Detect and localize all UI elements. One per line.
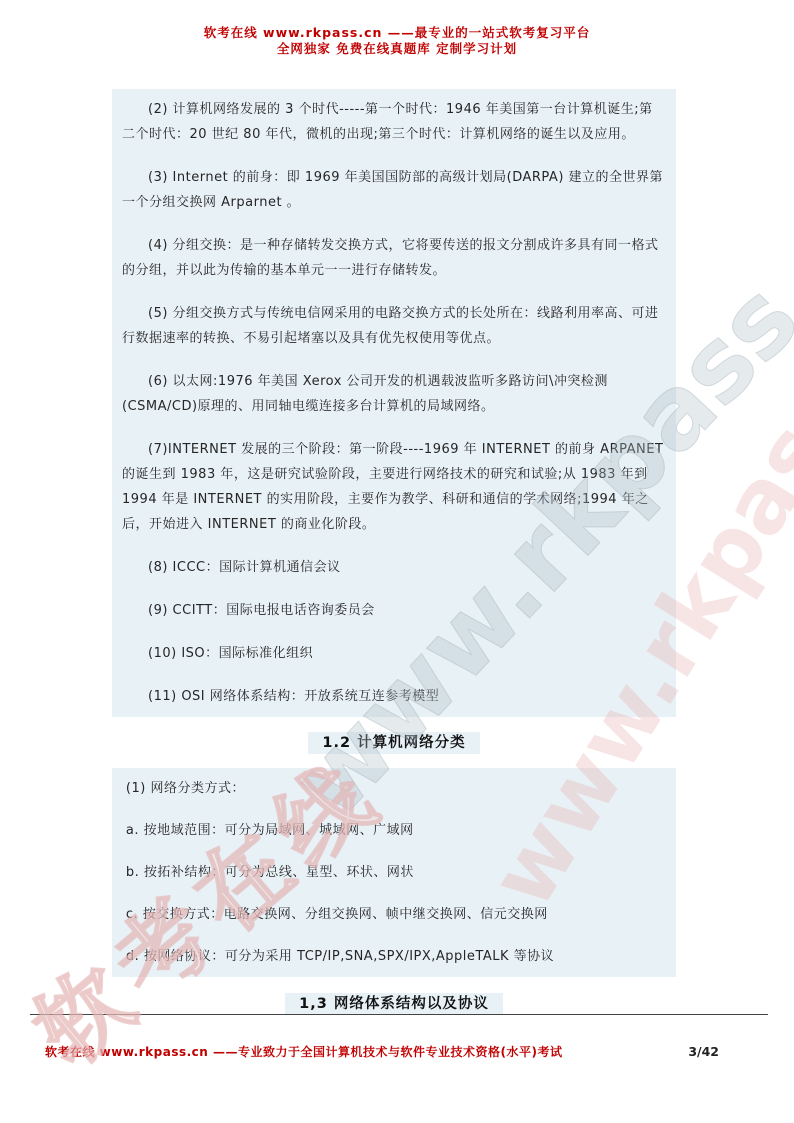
paragraph: (10) ISO：国际标准化组织 <box>122 641 666 666</box>
paragraph: (5) 分组交换方式与传统电信网采用的电路交换方式的长处所在：线路利用率高、可进… <box>122 301 666 351</box>
section-heading-1-3-text: 1,3 网络体系结构以及协议 <box>285 993 503 1015</box>
highlighted-notes-block-2: (1) 网络分类方式：a. 按地域范围：可分为局域网、城域网、广域网b. 按拓补… <box>112 768 676 977</box>
paragraph: b. 按拓补结构：可分为总线、星型、环状、网状 <box>122 860 666 885</box>
header-slogan-line1: 软考在线 www.rkpass.cn ——最专业的一站式软考复习平台 <box>0 25 794 41</box>
paragraph: (11) OSI 网络体系结构：开放系统互连参考模型 <box>122 684 666 709</box>
paragraph: d. 按网络协议：可分为采用 TCP/IP,SNA,SPX/IPX,AppleT… <box>122 944 666 969</box>
paragraph: a. 按地域范围：可分为局域网、城域网、广域网 <box>122 818 666 843</box>
section-heading-1-3: 1,3 网络体系结构以及协议 <box>112 992 676 1013</box>
document-content: (2) 计算机网络发展的 3 个时代-----第一个时代：1946 年美国第一台… <box>112 89 676 1013</box>
page-header: 软考在线 www.rkpass.cn ——最专业的一站式软考复习平台 全网独家 … <box>0 0 794 57</box>
header-slogan-line2: 全网独家 免费在线真题库 定制学习计划 <box>0 41 794 57</box>
document-page: 软考在线 www.rkpass.cn ——最专业的一站式软考复习平台 全网独家 … <box>0 0 794 1123</box>
page-number: 3/42 <box>688 1044 719 1059</box>
paragraph: (2) 计算机网络发展的 3 个时代-----第一个时代：1946 年美国第一台… <box>122 97 666 147</box>
paragraph: (9) CCITT：国际电报电话咨询委员会 <box>122 598 666 623</box>
paragraph: (3) Internet 的前身：即 1969 年美国国防部的高级计划局(DAR… <box>122 165 666 215</box>
paragraph: (4) 分组交换：是一种存储转发交换方式，它将要传送的报文分割成许多具有同一格式… <box>122 233 666 283</box>
page-footer: 软考在线 www.rkpass.cn ——专业致力于全国计算机技术与软件专业技术… <box>45 1043 719 1060</box>
paragraph: c. 按交换方式：电路交换网、分组交换网、帧中继交换网、信元交换网 <box>122 902 666 927</box>
paragraph: (6) 以太网:1976 年美国 Xerox 公司开发的机遇载波监听多路访问\冲… <box>122 369 666 419</box>
footer-divider-line <box>30 1014 768 1015</box>
footer-slogan: 软考在线 www.rkpass.cn ——专业致力于全国计算机技术与软件专业技术… <box>45 1043 562 1060</box>
paragraph: (8) ICCC：国际计算机通信会议 <box>122 555 666 580</box>
paragraph: (1) 网络分类方式： <box>122 776 666 801</box>
section-heading-1-2-text: 1.2 计算机网络分类 <box>308 732 479 754</box>
section-heading-1-2: 1.2 计算机网络分类 <box>112 731 676 752</box>
paragraph: (7)INTERNET 发展的三个阶段：第一阶段----1969 年 INTER… <box>122 437 666 537</box>
highlighted-notes-block-1: (2) 计算机网络发展的 3 个时代-----第一个时代：1946 年美国第一台… <box>112 89 676 717</box>
